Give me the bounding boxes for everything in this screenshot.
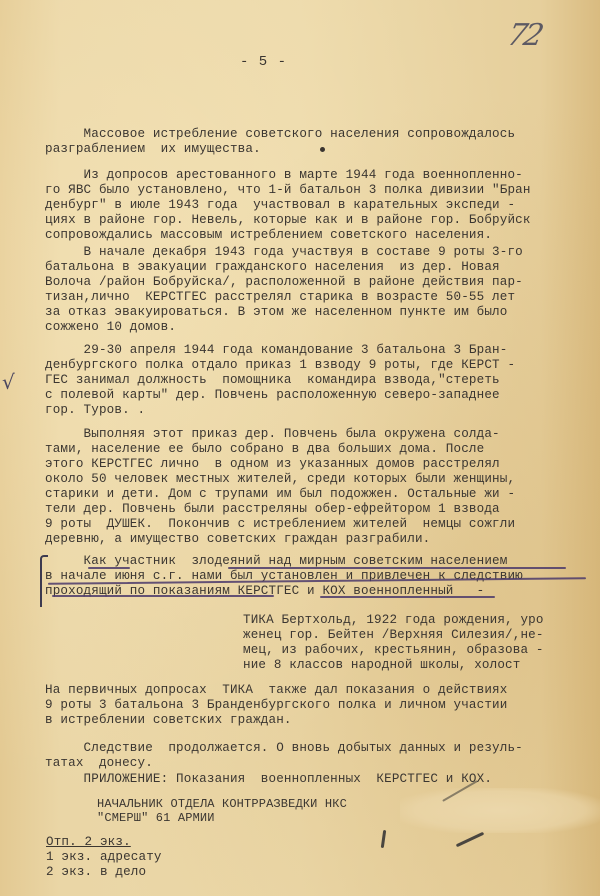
- paragraph-4-line-5: гор. Туров. .: [45, 403, 145, 418]
- paragraph-3-line-2: батальона в эвакуации гражданского насел…: [45, 260, 500, 275]
- paragraph-7-line-4: ние 8 классов народной школы, холост: [243, 658, 520, 673]
- paragraph-8-line-3: в истреблении советских граждан.: [45, 713, 292, 728]
- paragraph-2-line-4: циях в районе гор. Невель, которые как и…: [45, 213, 531, 228]
- paragraph-7-line-3: мец, из рабочих, крестьянин, образова -: [243, 643, 544, 658]
- paragraph-9-line-1: Следствие продолжается. О вновь добытых …: [45, 741, 523, 756]
- signature-title-line-2: "СМЕРШ" 61 АРМИИ: [97, 811, 215, 826]
- paragraph-5-line-6: тели дер. Повчень были расстреляны обер-…: [45, 502, 500, 517]
- paragraph-4-line-2: денбургского полка отдало приказ 1 взвод…: [45, 358, 515, 373]
- pencil-underline: [228, 567, 566, 569]
- appendix-line: ПРИЛОЖЕНИЕ: Показания военнопленных КЕРС…: [45, 772, 492, 787]
- paragraph-3-line-4: тизан,лично КЕРСТГЕС расстрелял старика …: [45, 290, 515, 305]
- page-number: - 5 -: [240, 54, 287, 70]
- paragraph-5-line-2: тами, население ее было собрано в два бо…: [45, 442, 484, 457]
- paragraph-5-line-3: этого КЕРСТГЕС лично в одном из указанны…: [45, 457, 500, 472]
- paragraph-2-line-3: денбург" в июле 1943 года участвовал в к…: [45, 198, 515, 213]
- paragraph-7-line-2: женец гор. Бейтен /Верхняя Силезия/,не-: [243, 628, 544, 643]
- paragraph-5-line-5: старики и дети. Дом с трупами им был под…: [45, 487, 515, 502]
- paragraph-8-line-2: 9 роты 3 батальона 3 Бранденбургского по…: [45, 698, 507, 713]
- pencil-underline: [52, 595, 274, 597]
- paragraph-4-line-4: с полевой карты" дер. Повчень расположен…: [45, 388, 500, 403]
- paragraph-3-line-3: Волоча /район Бобруйска/, расположенной …: [45, 275, 523, 290]
- distribution-item-1: 1 экз. адресату: [46, 850, 162, 865]
- paragraph-9-line-2: татах донесу.: [45, 756, 153, 771]
- signature-title-line-1: НАЧАЛЬНИК ОТДЕЛА КОНТРРАЗВЕДКИ НКС: [97, 797, 347, 812]
- paragraph-5-line-1: Выполняя этот приказ дер. Повчень была о…: [45, 427, 500, 442]
- paragraph-3-line-5: за отказ эвакуироваться. В этом же насел…: [45, 305, 507, 320]
- folio-number-handwritten: 72: [504, 18, 544, 53]
- distribution-header: Отп. 2 экз.: [46, 835, 131, 850]
- pen-stroke: [381, 830, 386, 848]
- paragraph-5-line-8: деревню, а имущество советских граждан р…: [45, 532, 430, 547]
- paragraph-2-line-1: Из допросов арестованного в марте 1944 г…: [45, 168, 523, 183]
- paragraph-5-line-4: около 50 человек местных жителей, среди …: [45, 472, 515, 487]
- paragraph-8-line-1: На первичных допросах ТИКА также дал пок…: [45, 683, 507, 698]
- document-page: 72 - 5 - Массовое истребление советского…: [0, 0, 600, 896]
- paragraph-4-line-3: ГЕС занимал должность помощника командир…: [45, 373, 500, 388]
- ink-dot: [320, 147, 325, 152]
- paragraph-3-line-6: сожжено 10 домов.: [45, 320, 176, 335]
- pencil-underline: [88, 567, 130, 569]
- redacted-signature-area: [400, 788, 600, 833]
- pen-stroke: [456, 832, 484, 847]
- paragraph-5-line-7: 9 роты ДУШЕК. Покончив с истреблением жи…: [45, 517, 515, 532]
- pencil-underline: [320, 596, 495, 598]
- paragraph-1-line-1: Массовое истребление советского населени…: [45, 127, 515, 142]
- paragraph-4-line-1: 29-30 апреля 1944 года командование 3 ба…: [45, 343, 507, 358]
- paragraph-3-line-1: В начале декабря 1943 года участвуя в со…: [45, 245, 523, 260]
- distribution-item-2: 2 экз. в дело: [46, 865, 146, 880]
- paragraph-2-line-2: го ЯВС было установлено, что 1-й батальо…: [45, 183, 531, 198]
- paragraph-2-line-5: сопровождались массовым истреблением сов…: [45, 228, 492, 243]
- checkmark-icon: √: [2, 370, 15, 394]
- paragraph-7-line-1: ТИКА Бертхольд, 1922 года рождения, уро: [243, 613, 544, 628]
- paragraph-1-line-2: разграблением их имущества.: [45, 142, 261, 157]
